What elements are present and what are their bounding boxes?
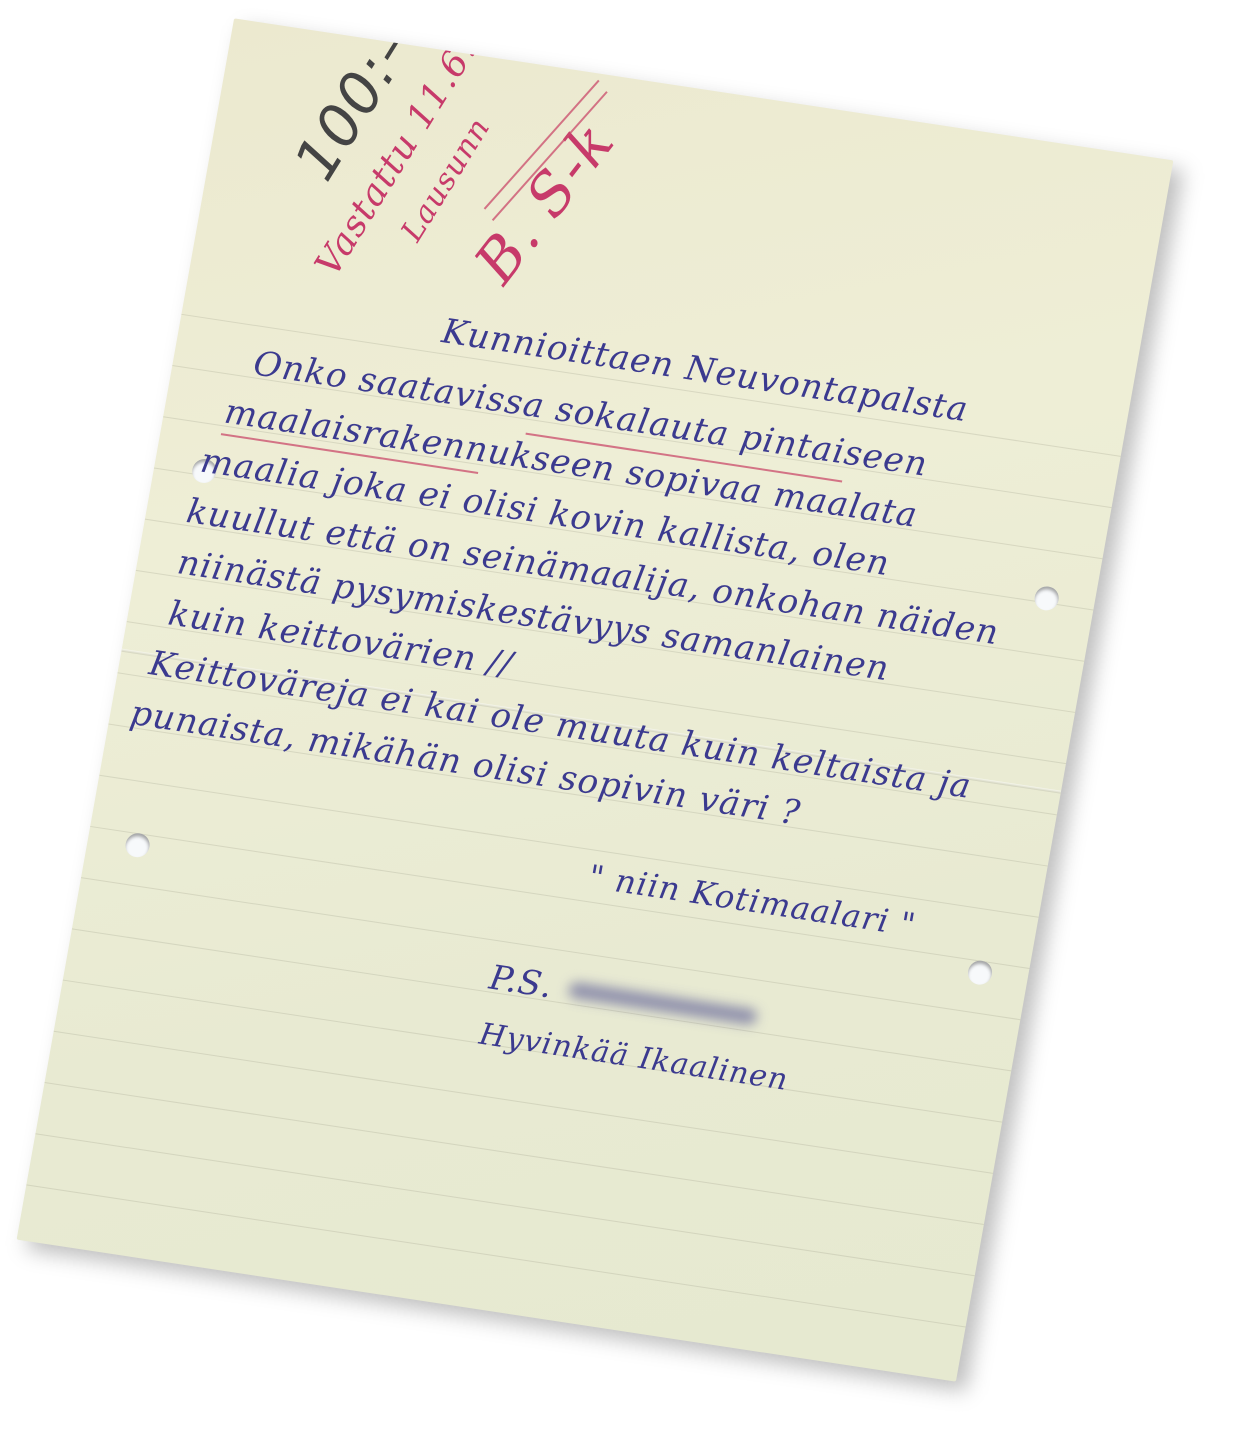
signature-location: Hyvinkää Ikaalinen (477, 1017, 791, 1098)
closing-pseudonym: " niin Kotimaalari " (586, 857, 919, 944)
ruled-line (26, 1184, 965, 1327)
signature-initials: P.S. (486, 958, 556, 1007)
ruled-line (35, 1133, 974, 1276)
ruled-line (44, 1082, 983, 1225)
punch-hole (1033, 585, 1061, 612)
redacted-signature-name (567, 981, 758, 1025)
ruled-line (90, 826, 1029, 969)
